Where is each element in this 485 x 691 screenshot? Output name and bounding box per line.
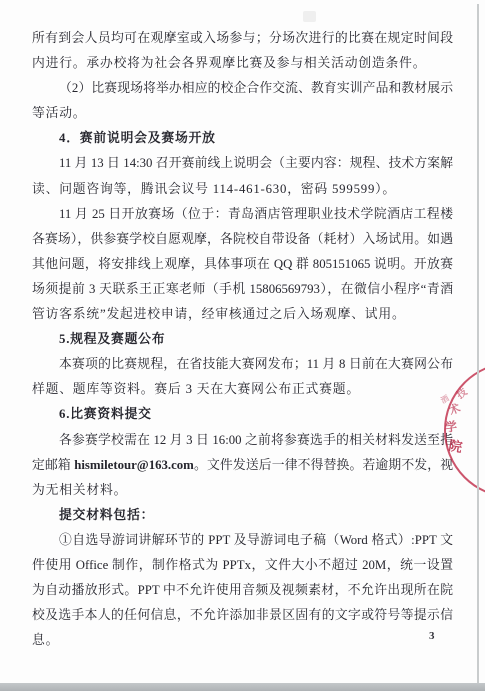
email-address: hismiletour@163.com xyxy=(74,458,194,472)
text-line: 各赛场），供参赛学校自愿观摩，各院校自带设备（耗材）入场试用。如遇 xyxy=(32,227,453,252)
document-body: 所有到会人员均可在观摩室或入场参与；分场次进行的比赛在规定时间段 内进行。承办校… xyxy=(32,26,453,653)
scan-edge-line xyxy=(477,4,479,685)
text-line: 定邮箱 hismiletour@163.com。文件发送后一律不得替换。若逾期不… xyxy=(32,453,453,478)
text-line: 读、问题咨询等，腾讯会议号 114-461-630，密码 599599）。 xyxy=(32,177,453,202)
text-line: 各参赛学校需在 12 月 3 日 16:00 之前将参赛选手的相关材料发送至指 xyxy=(32,428,453,453)
seal-character: 学 xyxy=(444,417,458,436)
text-line: 本赛项的比赛规程，在省技能大赛网发布；11 月 8 日前在大赛网公布 xyxy=(32,352,453,377)
scan-smudge xyxy=(303,11,316,22)
text-line: 为无相关材料。 xyxy=(32,478,453,503)
section-heading-4: 4．赛前说明会及赛场开放 xyxy=(32,126,453,151)
email-line-prefix: 定邮箱 xyxy=(32,458,74,472)
text-line: 校及选手本人的任何信息，不允许添加非景区固有的文字或符号等提示信 xyxy=(32,603,453,628)
section-heading-5: 5.规程及赛题公布 xyxy=(32,327,453,352)
text-line: 其他问题，将安排线上观摩，具体事项在 QQ 群 805151065 说明。开放赛 xyxy=(32,252,453,277)
text-line: 等活动。 xyxy=(32,101,453,126)
section-heading-6: 6.比赛资料提交 xyxy=(32,402,453,427)
scan-bottom-edge xyxy=(0,683,485,691)
text-line: 管访客系统”发起进校申请，经审核通过之后入场观摩、试用。 xyxy=(32,302,453,327)
text-line: 息。 xyxy=(32,628,453,653)
subheading-materials: 提交材料包括： xyxy=(32,503,453,528)
text-line: 11 月 25 日开放赛场（位于：青岛酒店管理职业技术学院酒店工程楼 xyxy=(32,202,453,227)
seal-character: 院 xyxy=(447,434,464,456)
text-line: 为自动播放形式。PPT 中不允许使用音频及视频素材，不允许出现所在院 xyxy=(32,578,453,603)
text-line: 11 月 13 日 14:30 召开赛前线上说明会（主要内容：规程、技术方案解 xyxy=(32,151,453,176)
page-number: 3 xyxy=(429,629,435,643)
text-line: 内进行。承办校将为社会各界观摩比赛及参与相关活动创造条件。 xyxy=(32,51,453,76)
text-line: ①自选导游词讲解环节的 PPT 及导游词电子稿（Word 格式）:PPT 文 xyxy=(32,528,453,553)
text-line: 样题、题库等资料。赛后 3 天在大赛网公布正式赛题。 xyxy=(32,377,453,402)
document-page: 所有到会人员均可在观摩室或入场参与；分场次进行的比赛在规定时间段 内进行。承办校… xyxy=(0,0,485,691)
text-line: 所有到会人员均可在观摩室或入场参与；分场次进行的比赛在规定时间段 xyxy=(32,26,453,51)
text-line: 件使用 Office 制作，制作格式为 PPTx，文件大小不超过 20M，统一设… xyxy=(32,553,453,578)
text-line: 场须提前 3 天联系王正寒老师（手机 15806569793），在微信小程序“青… xyxy=(32,277,453,302)
text-line: （2）比赛现场将举办相应的校企合作交流、教育实训产品和教材展示 xyxy=(32,76,453,101)
email-line-suffix: 。文件发送后一律不得替换。若逾期不发，视 xyxy=(194,458,453,472)
